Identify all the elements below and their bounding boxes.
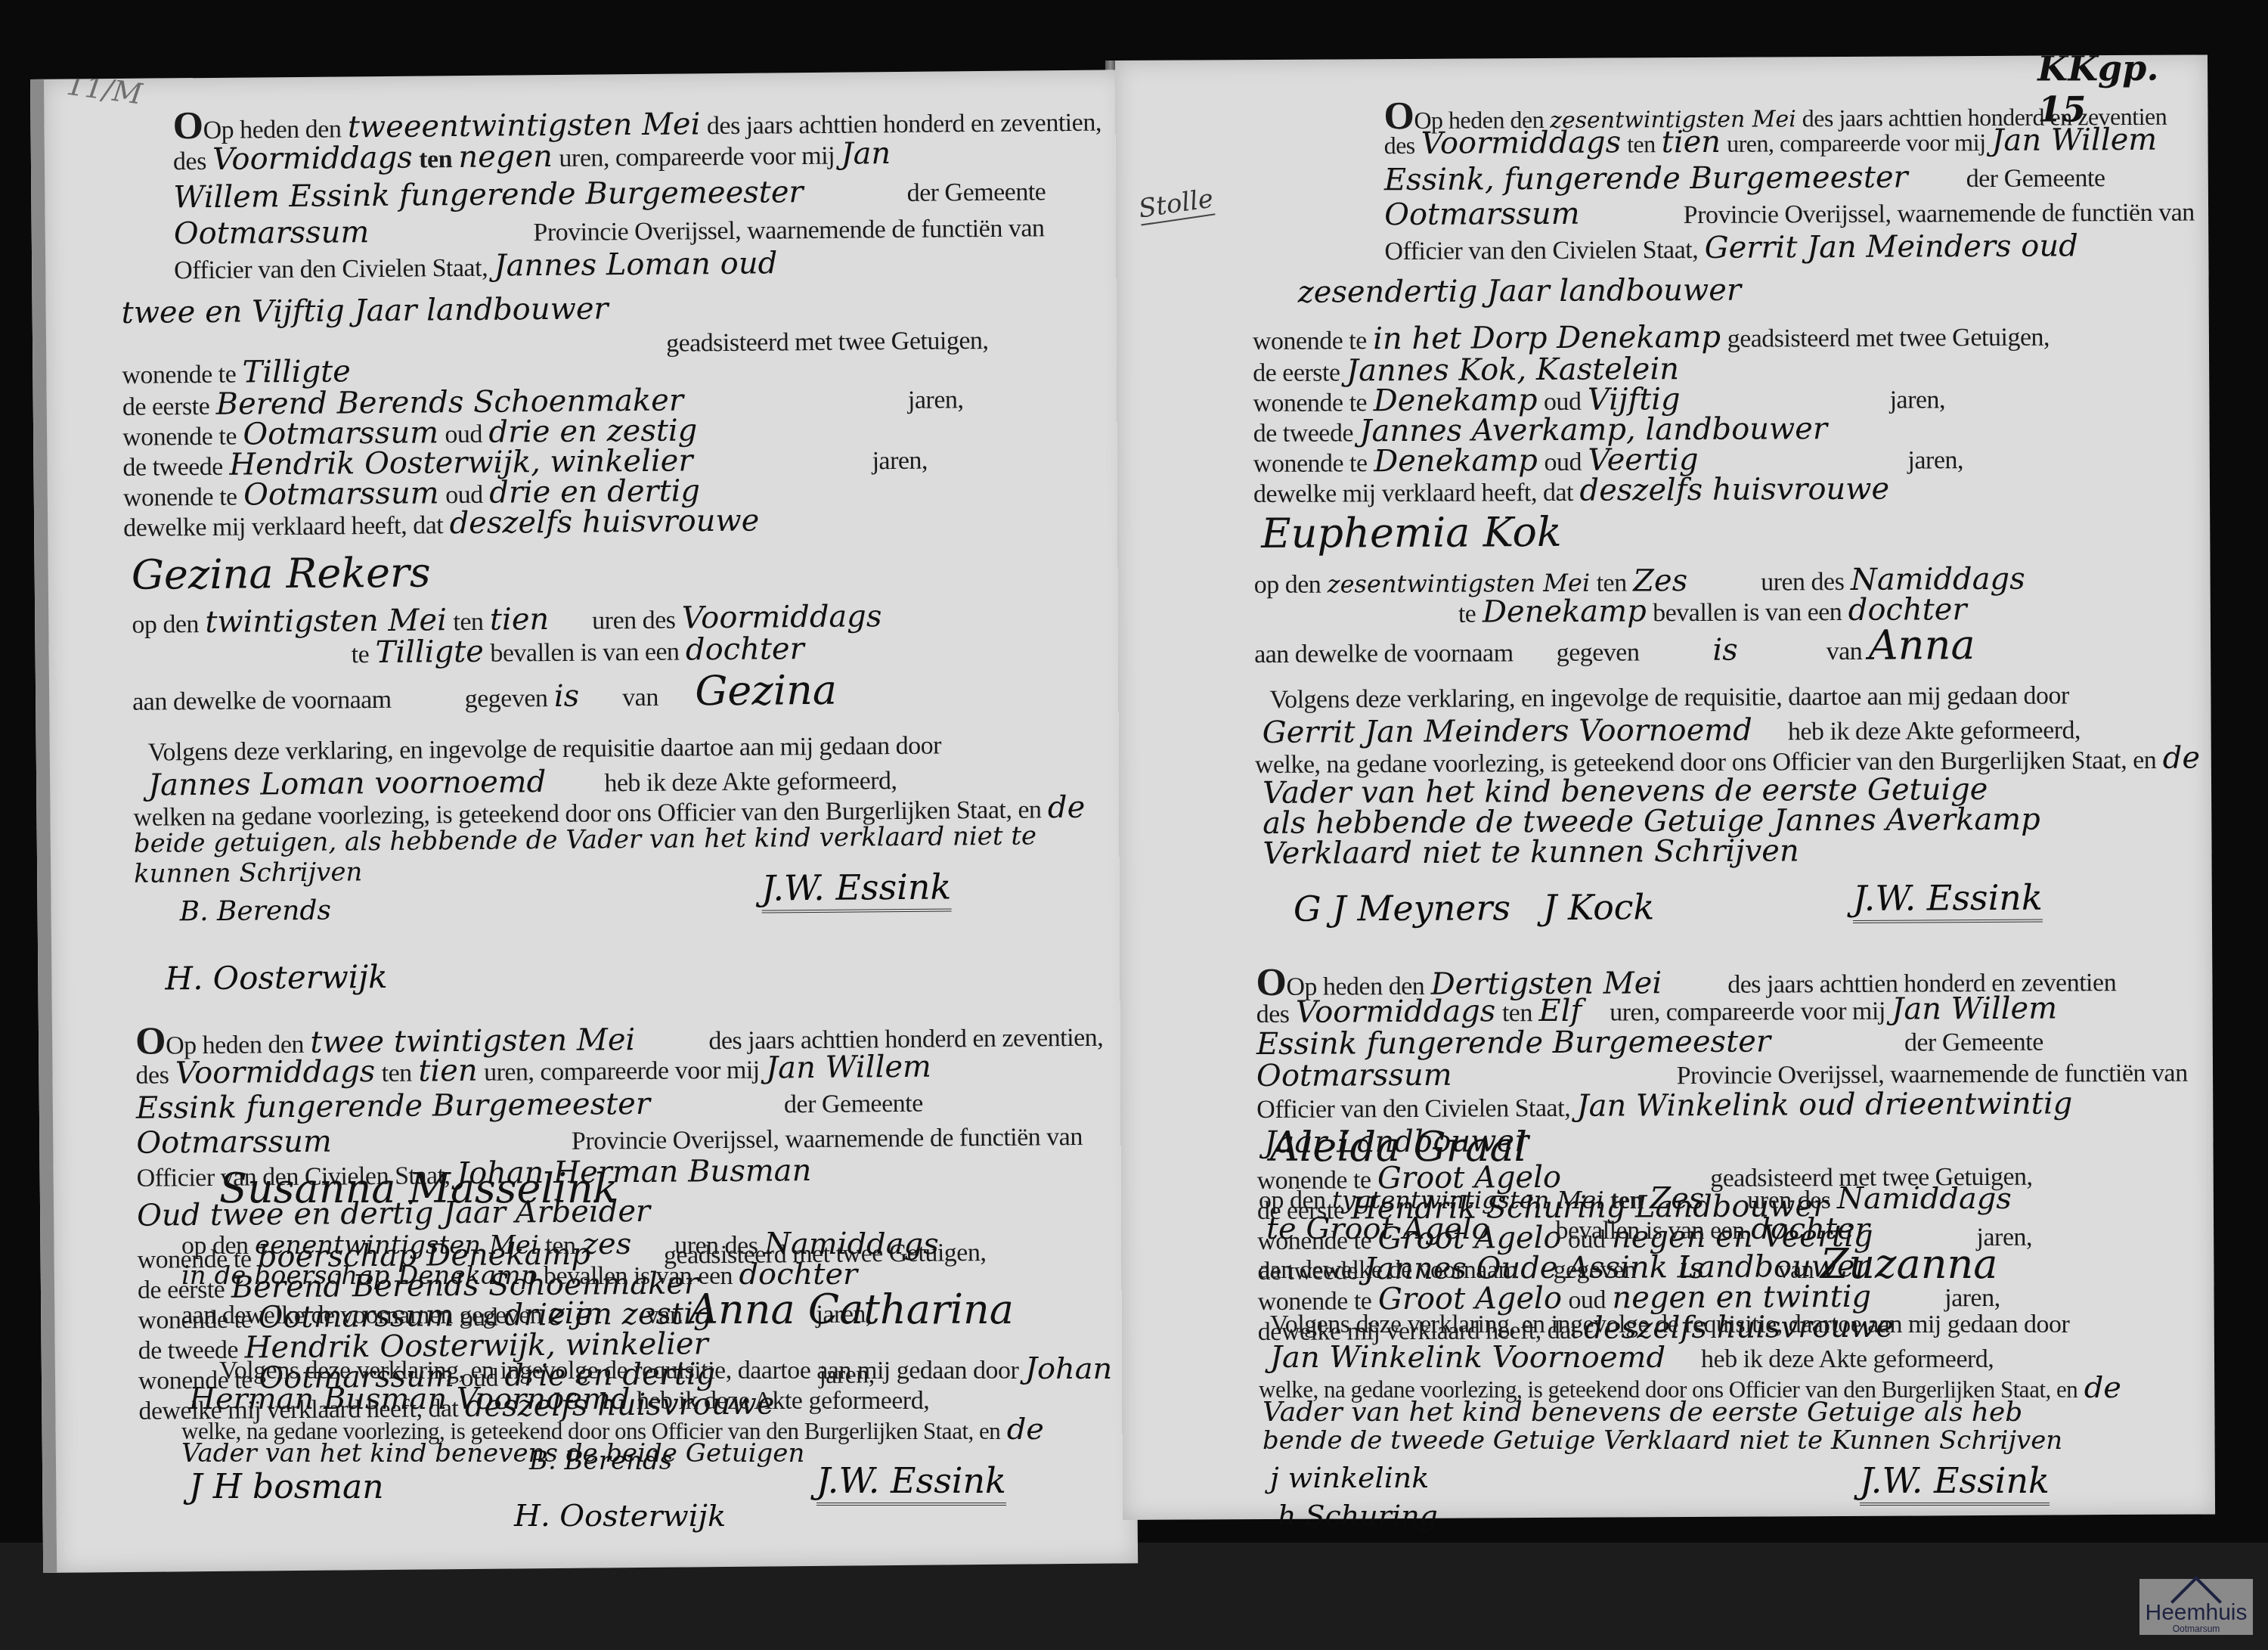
signature-witness-1: B. Berends [529, 1448, 672, 1474]
child-name: Gezina [695, 666, 837, 715]
child-name: Anna [1869, 621, 1975, 669]
signature-witness-2: H. Oosterwijk [514, 1501, 726, 1531]
record-intro-line: OOp heden den tweeentwintigsten Mei des … [172, 99, 1101, 147]
left-page: 11/M OOp heden den tweeentwintigsten Mei… [30, 70, 1138, 1573]
mother-name: Gezina Rekers [131, 552, 430, 595]
signature-father: j winkelink [1270, 1463, 1429, 1492]
signature-officer: J.W. Essink [816, 1463, 1006, 1506]
signature-officer: J.W. Essink [761, 869, 951, 913]
signature-father: G J Meyners [1294, 890, 1510, 926]
child-name: Anna Catharina [689, 1286, 1014, 1333]
signature-officer: J.W. Essink [1860, 1463, 2050, 1506]
signature-officer: J.W. Essink [1853, 880, 2043, 923]
signature-witness-2: H. Oosterwijk [165, 961, 388, 995]
margin-note: Stolle [1136, 184, 1215, 226]
signature-witness-1: J Kock [1543, 889, 1655, 925]
child-name: Zuzanna [1820, 1240, 1998, 1288]
signature-witness-1: B. Berends [179, 898, 331, 926]
mother-name: Aleida Graal [1270, 1127, 1527, 1168]
signature-witness-1: h Schuring [1278, 1501, 1438, 1530]
birth-record-2: OOp heden den twee twintigsten Mei des j… [44, 70, 1125, 79]
birth-record-1: OOp heden den tweeentwintigsten Mei des … [44, 70, 1125, 79]
right-page: KKgp. 15 Stolle OOp heden den zesentwint… [1115, 54, 2215, 1520]
corner-scribble: 11/M [65, 70, 144, 110]
signature-father: J H bosman [189, 1471, 384, 1504]
heemhuis-watermark: Heemhuis Ootmarsum [2139, 1579, 2253, 1635]
mother-name: Susanna Masselink [219, 1168, 618, 1209]
mother-name: Euphemia Kok [1261, 512, 1562, 554]
